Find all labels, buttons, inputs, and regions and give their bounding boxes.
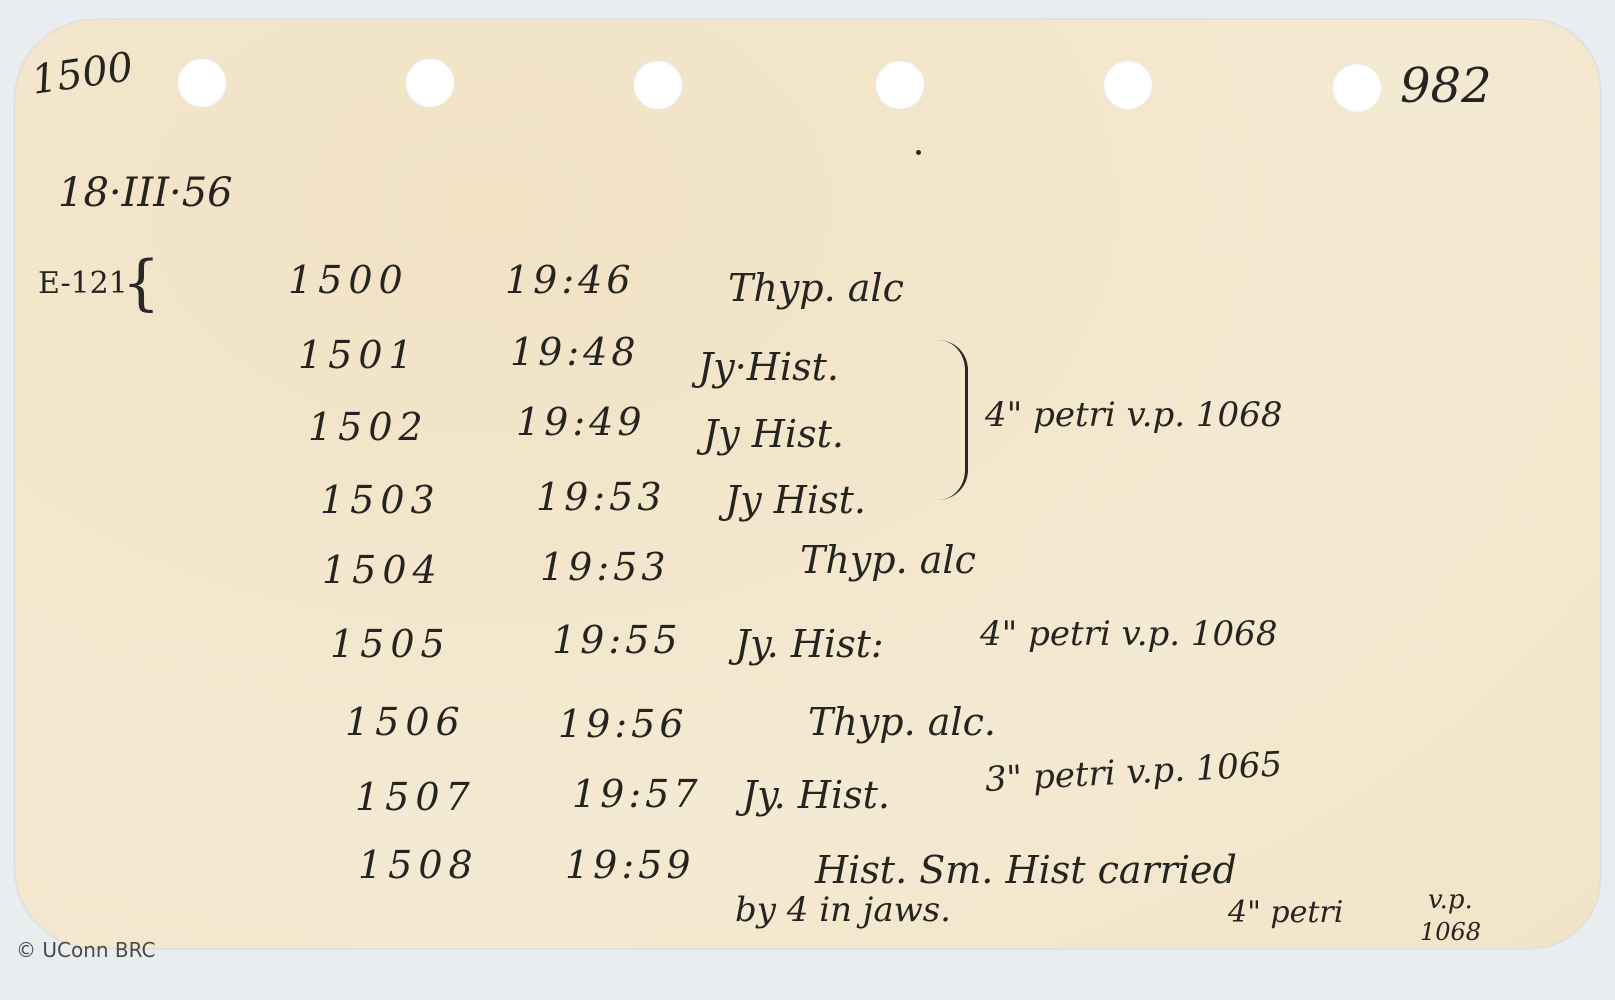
entry-number: 1502 [308,405,429,449]
entry-time: 19:49 [516,400,646,444]
entry-time: 19:55 [552,618,682,662]
entry-time: 19:53 [540,545,670,589]
entry-number: 1501 [298,333,419,377]
punch-hole [633,60,683,110]
entry-1508-trailing-note: 4" petri [1228,895,1343,930]
entries-bracket [925,340,968,500]
entry-number: 1507 [355,775,476,819]
entry-number: 1503 [320,478,441,522]
entry-number: 1505 [330,622,451,666]
entry-time: 19:48 [510,330,640,374]
punch-hole [875,60,925,110]
entry-description: Jy Hist. [703,412,844,456]
entry-number: 1506 [345,700,466,744]
entry-description: Hist. Sm. Hist carried [815,848,1237,892]
entry-description: Jy Hist. [725,478,866,522]
punch-hole [177,58,227,108]
bracket-note: 4" petri v.p. 1068 [985,395,1282,435]
punch-hole [1332,63,1382,113]
entry-time: 19:59 [565,843,695,887]
entry-description: Thyp. alc [800,538,976,582]
group-brace: { [122,248,160,318]
entry-note: 4" petri v.p. 1068 [980,614,1277,654]
entry-1508-continuation: by 4 in jaws. [735,890,951,930]
punch-hole [1103,60,1153,110]
punch-hole [405,58,455,108]
entry-time: 19:53 [536,475,666,519]
entry-description: Thyp. alc. [808,700,996,744]
date: 18·III·56 [58,170,233,216]
group-label: E-121 [38,266,128,301]
entry-description: Jy. Hist. [742,773,890,817]
entry-1508-vp-number: 1068 [1420,918,1481,946]
entry-time: 19:56 [558,702,688,746]
entry-number: 1508 [358,843,479,887]
entry-number: 1500 [288,258,409,302]
ink-speck [916,150,921,155]
entry-number: 1504 [322,548,443,592]
entry-description: Thyp. alc [728,266,904,310]
entry-time: 19:57 [572,772,702,816]
entry-description: Jy·Hist. [698,345,839,389]
copyright-notice: © UConn BRC [16,938,156,962]
entry-time: 19:46 [505,258,635,302]
entry-1508-vp: v.p. [1428,885,1473,915]
card-number-top-right: 982 [1400,58,1492,114]
entry-description: Jy. Hist: [735,622,884,666]
